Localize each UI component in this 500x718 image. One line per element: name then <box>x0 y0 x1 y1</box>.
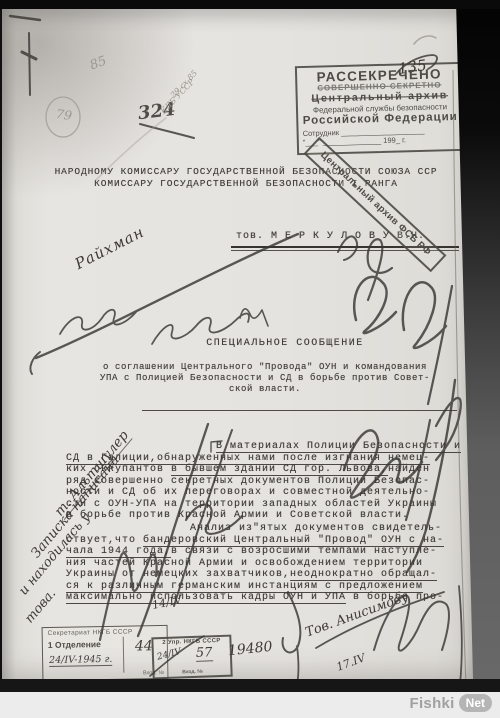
secretariat-line-2: 1 Отделение <box>48 639 101 650</box>
typed-line: ряд совершенно секретных документов Поли… <box>66 476 466 488</box>
header-line-1: НАРОДНОМУ КОМИССАРУ ГОСУДАРСТВЕННОЙ БЕЗО… <box>28 166 464 178</box>
body-paragraph-1: В материалах Полиции Безопасности и СД в… <box>66 441 466 522</box>
secretariat-divider <box>123 637 125 673</box>
watermark-badge: Net <box>459 694 492 712</box>
special-message-title: СПЕЦИАЛЬНОЕ СООБЩЕНИЕ <box>165 338 405 349</box>
typed-line: Украины от немецких захватчиков,неоднокр… <box>66 569 466 581</box>
typed-line: в борьбе против Красной Армии и Советско… <box>66 510 466 522</box>
subtitle: о соглашении Центрального "Провода" ОУН … <box>95 362 435 396</box>
subtitle-line-3: ской власти. <box>95 384 435 395</box>
scan-edge-top <box>0 0 500 9</box>
subtitle-line-1: о соглашении Центрального "Провода" ОУН … <box>95 362 435 373</box>
typed-line: ствует,что бандеровский Центральный "Про… <box>66 535 466 547</box>
header-line-2: КОМИССАРУ ГОСУДАРСТВЕННОЙ БЕЗОПАСНОСТИ I… <box>28 178 464 190</box>
watermark-brand: Fishki <box>410 695 455 712</box>
typed-line: сти с ОУН-УПА на территории западных обл… <box>66 499 466 511</box>
incoming-number: 57 <box>196 645 213 662</box>
typed-line: чала 1944 года,в связи с возросшими темп… <box>66 546 466 558</box>
typed-line: ких оккупантов в бывшем здании СД гор. Л… <box>66 464 466 476</box>
handwriting-number-79: 79 <box>55 106 73 123</box>
watermark-bar: Fishki Net <box>0 692 500 718</box>
secretariat-line-1: Секретариат НКГБ СССР <box>48 629 133 637</box>
incoming-footer: Вход. № <box>154 668 230 677</box>
document-header: НАРОДНОМУ КОМИССАРУ ГОСУДАРСТВЕННОЙ БЕЗО… <box>28 166 464 189</box>
incoming-line-1: 2 Упр. НКГБ СССР <box>153 638 229 647</box>
secretariat-stamp: Секретариат НКГБ СССР 1 Отделение 44 24/… <box>42 625 169 681</box>
incoming-date: 24/IV <box>156 647 182 663</box>
typed-line: Анализ из"ятых документов свидетель- <box>66 523 466 535</box>
scan-edge-bottom <box>0 679 500 692</box>
incoming-stamp: 2 Упр. НКГБ СССР 24/IV 57 Вход. № <box>151 635 232 680</box>
typed-line: СД в Галиции,обнаруженных нами после изг… <box>66 453 466 465</box>
secretariat-number: 44 <box>135 638 153 654</box>
subtitle-line-2: УПА с Полицией Безопасности и СД в борьб… <box>95 373 435 384</box>
watermark: Fishki Net <box>410 694 493 712</box>
divider-rule <box>142 410 457 411</box>
typed-line: ности и СД об их переговорах и совместно… <box>66 487 466 499</box>
secretariat-date: 24/IV-1945 г. <box>49 654 112 667</box>
typed-line: ния частей Красной Армии и освобождением… <box>66 558 466 570</box>
